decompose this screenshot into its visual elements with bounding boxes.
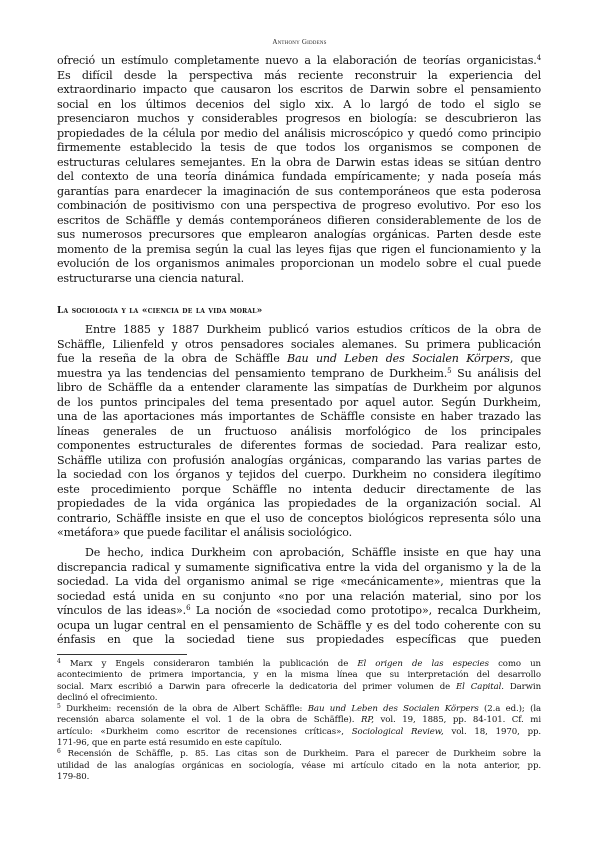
text-line: De hecho, indica Durkheim con aprobación…: [57, 546, 541, 561]
footnote-line: 171-96, que en parte está resumido en es…: [57, 738, 541, 749]
paragraph-durkheim-schaffle: Entre 1885 y 1887 Durkheim publicó vario…: [57, 323, 541, 541]
text-line: presenciaron muchos y considerables prog…: [57, 112, 541, 127]
text-line: fue la reseña de la obra de Schäffle Bau…: [57, 352, 541, 367]
document-page: Anthony Giddens ofreció un estímulo comp…: [0, 0, 599, 848]
text-line: este procedimiento porque Schäffle no in…: [57, 483, 541, 498]
text-line: sus numerosos precursores que emplearon …: [57, 228, 541, 243]
text-line: muestra ya las tendencias del pensamient…: [57, 367, 541, 382]
text-line: social en los últimos decenios del siglo…: [57, 98, 541, 113]
text-line: firmemente establecido la tesis de que t…: [57, 141, 541, 156]
text-line: «metáfora» que puede facilitar el anális…: [57, 526, 541, 541]
footnote-6: 6 Recensión de Schäffle, p. 85. Las cita…: [57, 749, 541, 760]
text-line: combinación de positivismo con una persp…: [57, 199, 541, 214]
text-line: extraordinario impacto que causaron los …: [57, 83, 541, 98]
footnote-4: 4 Marx y Engels consideraron también la …: [57, 659, 541, 670]
text-line: del contexto de una teoría dinámica fund…: [57, 170, 541, 185]
footnotes: 4 Marx y Engels consideraron también la …: [57, 659, 541, 783]
text-line: discrepancia radical y sumamente signifi…: [57, 561, 541, 576]
text-line: Es difícil desde la perspectiva más reci…: [57, 69, 541, 84]
footnote-line: artículo: «Durkheim como escritor de rec…: [57, 727, 541, 738]
footnote-divider: [57, 654, 187, 655]
footnote-line: declinó el ofrecimiento.: [57, 693, 541, 704]
text-line: componentes estructurales de diferentes …: [57, 439, 541, 454]
paragraph-intro: ofreció un estímulo completamente nuevo …: [57, 54, 541, 286]
text-line: contrario, Schäffle insiste en que el us…: [57, 512, 541, 527]
text-line: la sociedad con los órganos y tejidos de…: [57, 468, 541, 483]
text-line: líneas generales de un fructuoso análisi…: [57, 425, 541, 440]
text-line: garantías para enardecer la imaginación …: [57, 185, 541, 200]
footnote-ref-4[interactable]: 4: [537, 54, 541, 62]
text-line: ofreció un estímulo completamente nuevo …: [57, 54, 541, 69]
footnote-line: recensión abarca solamente el vol. 1 de …: [57, 715, 541, 726]
text-line: evolución de los organismos animales pro…: [57, 257, 541, 272]
text-line: momento de la premisa según la cual las …: [57, 243, 541, 258]
footnote-line: acontecimiento de primera importancia, y…: [57, 670, 541, 681]
text-line: propiedades de la célula por medio del a…: [57, 127, 541, 142]
text-line: ocupa un lugar central en el pensamiento…: [57, 619, 541, 634]
text-line: vínculos de las ideas».6 La noción de «s…: [57, 604, 541, 619]
text-line: sociedad. La vida del organismo animal s…: [57, 575, 541, 590]
footnote-line: utilidad de las analogías orgánicas en s…: [57, 761, 541, 772]
footnote-line: 179-80.: [57, 772, 541, 783]
text-line: sociedad está unida en su conjunto «no p…: [57, 590, 541, 605]
text-line: escritos de Schäffle y demás contemporán…: [57, 214, 541, 229]
text-line: Schäffle utiliza con profusión analogías…: [57, 454, 541, 469]
text-line: estructurarse una ciencia natural.: [57, 272, 541, 287]
section-heading: La sociología y la «ciencia de la vida m…: [57, 306, 262, 316]
footnote-line: social. Marx escribió a Darwin para ofre…: [57, 682, 541, 693]
text-line: estructuras celulares semejantes. En la …: [57, 156, 541, 171]
footnote-5: 5 Durkheim: recensión de la obra de Albe…: [57, 704, 541, 715]
text-line: Schäffle, Lilienfeld y otros pensadores …: [57, 338, 541, 353]
book-title: Bau und Leben des Socialen Körpers: [287, 352, 510, 365]
text-line: Entre 1885 y 1887 Durkheim publicó vario…: [57, 323, 541, 338]
running-head: Anthony Giddens: [0, 38, 599, 46]
paragraph-discrepancy: De hecho, indica Durkheim con aprobación…: [57, 546, 541, 648]
text-line: de los puntos principales del tema prese…: [57, 396, 541, 411]
text-line: énfasis en que la sociedad tiene sus pro…: [57, 633, 541, 648]
text-line: libro de Schäffle da a entender claramen…: [57, 381, 541, 396]
text-line: propiedades de la vida orgánica las prop…: [57, 497, 541, 512]
text-line: una de las aportaciones más importantes …: [57, 410, 541, 425]
